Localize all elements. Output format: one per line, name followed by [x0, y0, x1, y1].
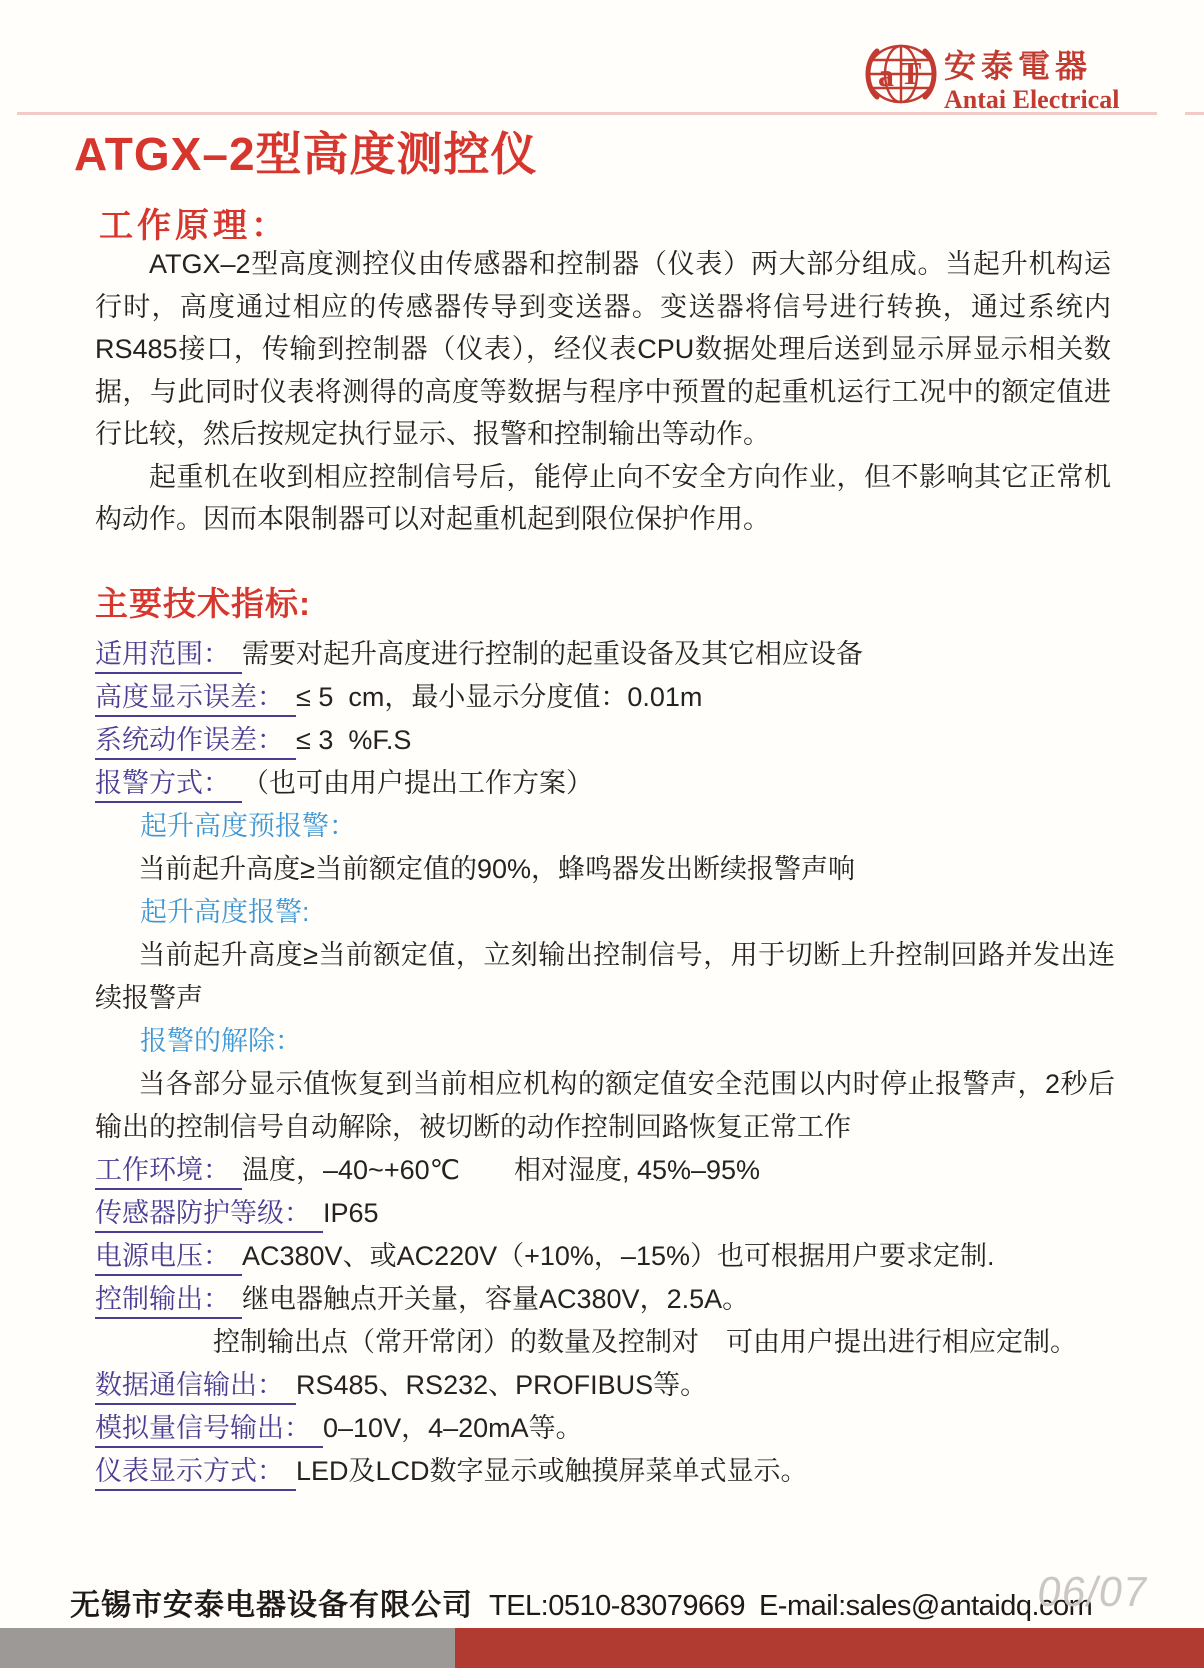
- alarm-paragraph-release: 当各部分显示值恢复到当前相应机构的额定值安全范围以内时停止报警声，2秒后输出的控…: [95, 1063, 1115, 1149]
- spec-label: 系统动作误差：: [95, 722, 296, 760]
- spec-row-alarm-mode: 报警方式：（也可由用户提出工作方案）: [95, 762, 1115, 805]
- spec-value: LED及LCD数字显示或触摸屏菜单式显示。: [296, 1456, 808, 1486]
- spec-label: 报警方式：: [95, 765, 242, 803]
- section-heading-specs: 主要技术指标:: [95, 578, 311, 625]
- alarm-subheading-release: 报警的解除：: [95, 1020, 1115, 1063]
- svg-text:T: T: [900, 55, 921, 91]
- header-divider-tail: [1185, 112, 1204, 115]
- spec-value: AC380V、或AC220V（+10%，–15%）也可根据用户要求定制.: [242, 1241, 995, 1271]
- working-principle-text: ATGX–2型高度测控仪由传感器和控制器（仪表）两大部分组成。当起升机构运 行时…: [95, 243, 1111, 541]
- spec-value: （也可由用户提出工作方案）: [242, 768, 593, 798]
- alarm-paragraph-pre-alarm: 当前起升高度≥当前额定值的90%，蜂鸣器发出断续报警声响: [95, 848, 1115, 891]
- spec-label: 电源电压：: [95, 1238, 242, 1276]
- section-heading-working-principle: 工作原理：: [99, 198, 289, 247]
- spec-row-working-environment: 工作环境：温度，–40~+60℃ 相对湿度, 45%–95%: [95, 1149, 1115, 1192]
- document-page: a T 安泰電器 Antai Electrical ATGX–2型高度测控仪 工…: [0, 0, 1204, 1668]
- logo-name-en: Antai Electrical: [944, 87, 1119, 113]
- globe-at-logo-icon: a T: [862, 42, 940, 106]
- spec-value: 需要对起升高度进行控制的起重设备及其它相应设备: [242, 639, 863, 669]
- spec-row-system-action-error: 系统动作误差：≤ 3 %F.S: [95, 719, 1115, 762]
- footer-bar-red: [455, 1628, 1204, 1668]
- spec-row-sensor-protection: 传感器防护等级：IP65: [95, 1192, 1115, 1235]
- footer-company-name: 无锡市安泰电器设备有限公司: [70, 1580, 473, 1624]
- header-logo: a T 安泰電器 Antai Electrical: [862, 42, 1119, 113]
- footer: 无锡市安泰电器设备有限公司 TEL:0510-83079669E-mail:sa…: [70, 1580, 1092, 1624]
- working-principle-paragraph-1: ATGX–2型高度测控仪由传感器和控制器（仪表）两大部分组成。当起升机构运 行时…: [95, 243, 1111, 456]
- page-number: 06/07: [1035, 1568, 1152, 1616]
- svg-text:a: a: [878, 57, 894, 93]
- spec-label: 数据通信输出：: [95, 1367, 296, 1405]
- working-principle-paragraph-2: 起重机在收到相应控制信号后，能停止向不安全方向作业，但不影响其它正常机构动作。因…: [95, 456, 1111, 541]
- footer-tel: TEL:0510-83079669: [489, 1590, 745, 1622]
- header-divider-line: [17, 112, 1157, 115]
- spec-label: 适用范围：: [95, 636, 242, 674]
- spec-value: IP65: [323, 1198, 379, 1228]
- spec-value: 继电器触点开关量，容量AC380V，2.5A。: [242, 1284, 749, 1314]
- footer-bar-gray: [0, 1628, 455, 1668]
- spec-label: 高度显示误差：: [95, 679, 296, 717]
- alarm-subheading-pre-alarm: 起升高度预报警：: [95, 805, 1115, 848]
- spec-label: 控制输出：: [95, 1281, 242, 1319]
- logo-wordmark: 安泰電器 Antai Electrical: [944, 42, 1119, 113]
- spec-row-application: 适用范围：需要对起升高度进行控制的起重设备及其它相应设备: [95, 633, 1115, 676]
- spec-value: ≤ 5 cm，最小显示分度值：0.01m: [296, 682, 702, 712]
- spec-row-height-display-error: 高度显示误差：≤ 5 cm，最小显示分度值：0.01m: [95, 676, 1115, 719]
- spec-value: RS485、RS232、PROFIBUS等。: [296, 1370, 707, 1400]
- logo-name-cn: 安泰電器: [944, 50, 1119, 82]
- control-output-note: 控制输出点（常开常闭）的数量及控制对 可由用户提出进行相应定制。: [95, 1321, 1115, 1364]
- footer-contact: TEL:0510-83079669E-mail:sales@antaidq.co…: [489, 1590, 1092, 1623]
- spec-label: 仪表显示方式：: [95, 1453, 296, 1491]
- spec-label: 模拟量信号输出：: [95, 1410, 323, 1448]
- spec-list: 适用范围：需要对起升高度进行控制的起重设备及其它相应设备 高度显示误差：≤ 5 …: [95, 633, 1115, 1493]
- spec-row-data-communication: 数据通信输出：RS485、RS232、PROFIBUS等。: [95, 1364, 1115, 1407]
- page-title: ATGX–2型高度测控仪: [74, 118, 538, 184]
- spec-row-display-mode: 仪表显示方式：LED及LCD数字显示或触摸屏菜单式显示。: [95, 1450, 1115, 1493]
- spec-row-power-voltage: 电源电压：AC380V、或AC220V（+10%，–15%）也可根据用户要求定制…: [95, 1235, 1115, 1278]
- spec-value: 温度，–40~+60℃ 相对湿度, 45%–95%: [242, 1155, 760, 1185]
- alarm-subheading-alarm: 起升高度报警:: [95, 891, 1115, 934]
- spec-value: 0–10V，4–20mA等。: [323, 1413, 583, 1443]
- spec-value: ≤ 3 %F.S: [296, 725, 411, 755]
- spec-label: 工作环境：: [95, 1152, 242, 1190]
- alarm-paragraph-alarm: 当前起升高度≥当前额定值，立刻输出控制信号，用于切断上升控制回路并发出连续报警声: [95, 934, 1115, 1020]
- spec-row-control-output: 控制输出：继电器触点开关量，容量AC380V，2.5A。: [95, 1278, 1115, 1321]
- footer-bar: [0, 1628, 1204, 1668]
- spec-row-analog-signal: 模拟量信号输出：0–10V，4–20mA等。: [95, 1407, 1115, 1450]
- spec-label: 传感器防护等级：: [95, 1195, 323, 1233]
